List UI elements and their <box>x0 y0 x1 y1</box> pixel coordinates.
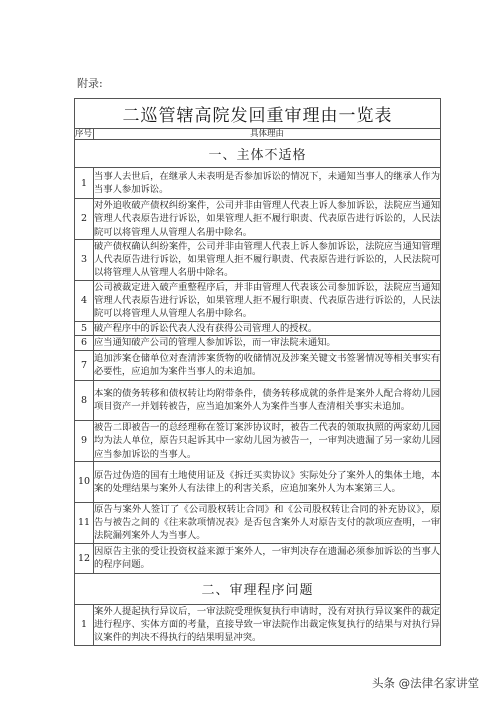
row-number: 5 <box>75 321 94 335</box>
table-title-row: 二巡管辖高院发回重审理由一览表 <box>75 99 441 129</box>
table-row: 2 对外追收破产债权纠纷案件，公司并非由管理人代表上诉人参加诉讼，法院应当通知管… <box>75 199 441 240</box>
row-number: 4 <box>75 280 94 321</box>
table-row: 7 追加涉案仓储单位对查清涉案货物的收储情况及涉案关键文书签署情况等相关事实有必… <box>75 350 441 380</box>
row-number: 1 <box>75 604 94 645</box>
watermark: 头条 @法律名家讲堂 <box>372 675 479 691</box>
row-reason: 追加涉案仓储单位对查清涉案货物的收储情况及涉案关键文书签署情况等相关事实有必要性… <box>94 350 441 380</box>
row-reason: 对外追收破产债权纠纷案件，公司并非由管理人代表上诉人参加诉讼，法院应当通知管理人… <box>94 199 441 240</box>
table-row: 4 公司被裁定进入破产重整程序后，并非由管理人代表该公司参加诉讼，法院应当通知管… <box>75 280 441 321</box>
row-reason: 破产程序中的诉讼代表人没有获得公司管理人的授权。 <box>94 321 441 335</box>
header-reason: 具体理由 <box>94 129 441 140</box>
section-header-row: 一、主体不适格 <box>75 140 441 168</box>
reasons-table: 二巡管辖高院发回重审理由一览表 序号 具体理由 一、主体不适格 1 当事人去世后… <box>74 98 441 646</box>
row-number: 2 <box>75 199 94 240</box>
table-row: 8 本案的债务转移和债权转让均附带条件，债务转移成就的条件是案外人配合将幼儿园项… <box>75 380 441 420</box>
row-number: 1 <box>75 168 94 199</box>
table-row: 11 原告与案外人签订了《公司股权转让合同》和《公司股权转让合同的补充协议》，原… <box>75 502 441 543</box>
row-number: 10 <box>75 461 94 502</box>
appendix-label: 附录: <box>77 75 103 91</box>
header-number: 序号 <box>75 129 94 140</box>
table-row: 10 原告过伪造的国有土地使用证及《拆迁买卖协议》实际处分了案外人的集体土地，本… <box>75 461 441 502</box>
table-row: 5 破产程序中的诉讼代表人没有获得公司管理人的授权。 <box>75 321 441 335</box>
table-row: 9 被告二即被告一的总经理称在签订案涉协议时，被告二代表的领取执照的两家幼儿园均… <box>75 420 441 461</box>
row-reason: 公司被裁定进入破产重整程序后，并非由管理人代表该公司参加诉讼，法院应当通知管理人… <box>94 280 441 321</box>
row-reason: 原告与案外人签订了《公司股权转让合同》和《公司股权转让合同的补充协议》，原告与被… <box>94 502 441 543</box>
row-number: 9 <box>75 420 94 461</box>
row-number: 8 <box>75 380 94 420</box>
row-reason: 本案的债务转移和债权转让均附带条件，债务转移成就的条件是案外人配合将幼儿园项目资… <box>94 380 441 420</box>
section-header-row: 二、审理程序问题 <box>75 573 441 604</box>
table-row: 3 破产债权确认纠纷案件，公司并非由管理人代表上诉人参加诉讼，法院应当通知管理人… <box>75 239 441 280</box>
row-reason: 原告过伪造的国有土地使用证及《拆迁买卖协议》实际处分了案外人的集体土地，本案的处… <box>94 461 441 502</box>
table-row: 1 当事人去世后，在继承人未表明是否参加诉讼的情况下，未通知当事人的继承人作为当… <box>75 168 441 199</box>
table-row: 12 因原告主张的受让投资权益来源于案外人，一审判决存在遗漏必须参加诉讼的当事人… <box>75 543 441 573</box>
section-title: 二、审理程序问题 <box>75 573 441 604</box>
table-header-row: 序号 具体理由 <box>75 129 441 140</box>
row-reason: 因原告主张的受让投资权益来源于案外人，一审判决存在遗漏必须参加诉讼的当事人的程序… <box>94 543 441 573</box>
row-number: 11 <box>75 502 94 543</box>
section-title: 一、主体不适格 <box>75 140 441 168</box>
row-reason: 被告二即被告一的总经理称在签订案涉协议时，被告二代表的领取执照的两家幼儿园均为法… <box>94 420 441 461</box>
table-row: 6 应当通知破产公司的管理人参加诉讼，而一审法院未通知。 <box>75 335 441 350</box>
row-reason: 案外人提起执行异议后，一审法院受理恢复执行申请时，没有对执行异议案件的裁定进行程… <box>94 604 441 645</box>
table-title: 二巡管辖高院发回重审理由一览表 <box>75 99 441 129</box>
row-reason: 当事人去世后，在继承人未表明是否参加诉讼的情况下，未通知当事人的继承人作为当事人… <box>94 168 441 199</box>
row-reason: 应当通知破产公司的管理人参加诉讼，而一审法院未通知。 <box>94 335 441 350</box>
table-row: 1 案外人提起执行异议后，一审法院受理恢复执行申请时，没有对执行异议案件的裁定进… <box>75 604 441 645</box>
row-number: 3 <box>75 239 94 280</box>
row-number: 7 <box>75 350 94 380</box>
row-reason: 破产债权确认纠纷案件，公司并非由管理人代表上诉人参加诉讼，法院应当通知管理人代表… <box>94 239 441 280</box>
row-number: 6 <box>75 335 94 350</box>
row-number: 12 <box>75 543 94 573</box>
